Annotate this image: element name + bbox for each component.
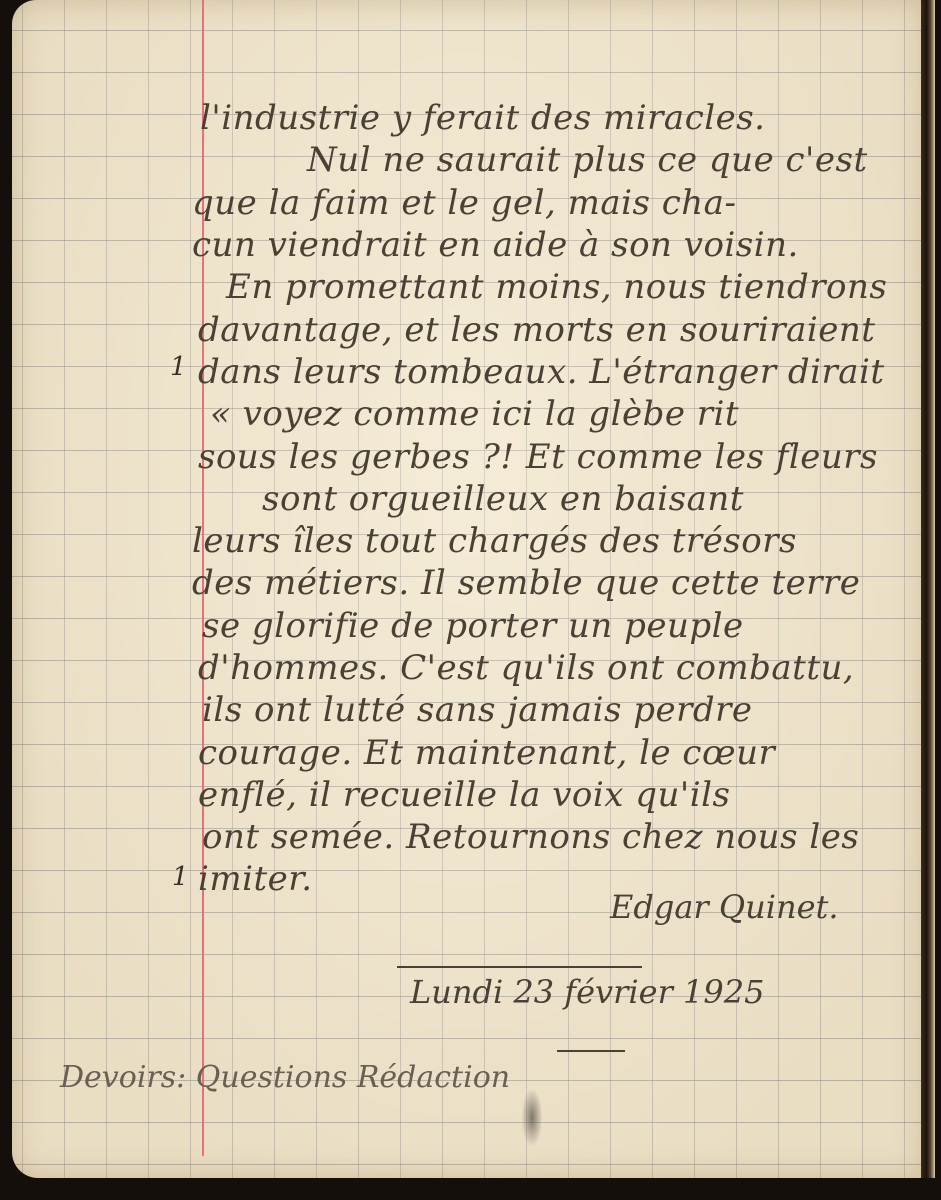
handwritten-passage: l'industrie y ferait des miracles. Nul n… — [12, 0, 912, 900]
date-heading: Lundi 23 février 1925 — [410, 973, 764, 1011]
text-line: d'hommes. C'est qu'ils ont combattu, — [198, 648, 854, 688]
text-line: sous les gerbes ?! Et comme les fleurs — [198, 437, 878, 477]
text-line: leurs îles tout chargés des trésors — [192, 521, 797, 561]
text-line: imiter. — [198, 859, 313, 899]
text-line: l'industrie y ferait des miracles. — [200, 98, 765, 138]
text-line: courage. Et maintenant, le cœur — [198, 733, 775, 773]
notebook-spine — [921, 0, 935, 1178]
text-line: En promettant moins, nous tiendrons — [226, 267, 887, 307]
text-line: dans leurs tombeaux. L'étranger dirait — [198, 352, 885, 392]
text-line: que la faim et le gel, mais cha- — [192, 183, 736, 223]
text-line: sont orgueilleux en baisant — [262, 479, 744, 519]
author-signature: Edgar Quinet. — [610, 888, 839, 926]
text-line: ils ont lutté sans jamais perdre — [202, 690, 752, 730]
text-line: se glorifie de porter un peuple — [202, 606, 744, 646]
date-underline-bottom — [557, 1050, 625, 1052]
notebook-page: 1 1 l'industrie y ferait des miracles. N… — [12, 0, 924, 1178]
text-line: « voyez comme ici la glèbe rit — [210, 394, 739, 434]
text-line: ont semée. Retournons chez nous les — [202, 817, 859, 857]
text-line: Nul ne saurait plus ce que c'est — [307, 140, 868, 180]
ink-smudge — [522, 1090, 542, 1145]
date-underline-top — [397, 966, 642, 968]
notebook-scan: 1 1 l'industrie y ferait des miracles. N… — [0, 0, 941, 1200]
text-line: cun viendrait en aide à son voisin. — [192, 225, 799, 265]
text-line: davantage, et les morts en souriraient — [198, 310, 875, 350]
homework-heading: Devoirs: Questions Rédaction — [60, 1060, 510, 1095]
text-line: enflé, il recueille la voix qu'ils — [198, 775, 730, 815]
text-line: des métiers. Il semble que cette terre — [192, 563, 860, 603]
